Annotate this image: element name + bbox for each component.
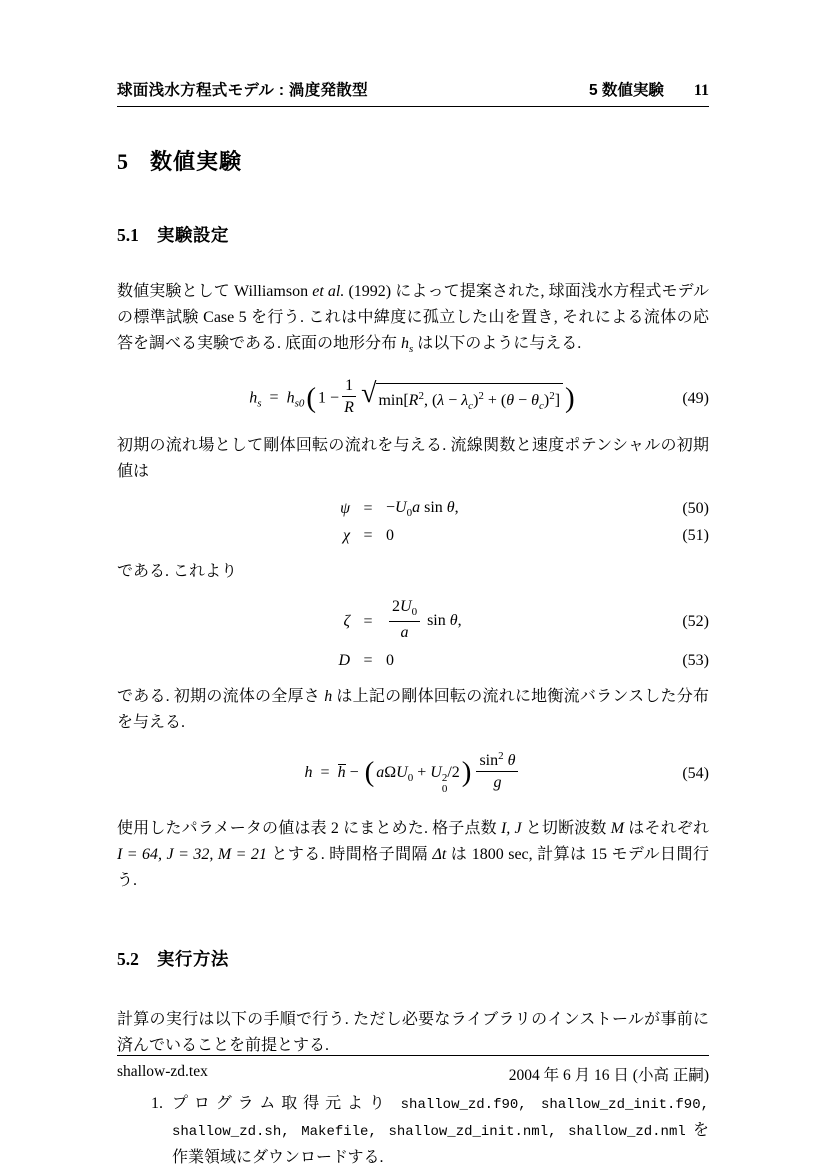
paragraph-from-this: である. これより bbox=[117, 559, 709, 585]
math-rel: = bbox=[350, 613, 386, 631]
math-fn: sin bbox=[423, 612, 450, 629]
equation-number: (51) bbox=[682, 527, 709, 545]
equation-number: (54) bbox=[682, 765, 709, 783]
math-var: a bbox=[412, 499, 420, 516]
fraction-denominator: R bbox=[344, 397, 354, 417]
subsection-heading-5-1: 5.1 実験設定 bbox=[117, 222, 709, 247]
math-fn: min[ bbox=[378, 392, 408, 409]
fraction: sin2 θg bbox=[476, 750, 518, 792]
section-title: 数値実験 bbox=[150, 145, 242, 176]
math-sub: 0 bbox=[412, 606, 418, 618]
text-run: は以下のように与える. bbox=[413, 335, 581, 352]
math-expr: I = 64, J = 32, M = 21 bbox=[117, 846, 267, 863]
math-fn: sin bbox=[479, 752, 498, 769]
overline: h bbox=[338, 764, 346, 782]
square-root: √min[R2, (λ − λc)2 + (θ − θc)2] bbox=[361, 383, 563, 416]
math-var: h bbox=[287, 389, 295, 406]
math-punct: , bbox=[458, 612, 462, 629]
math-var: h bbox=[305, 764, 313, 781]
big-paren-open: ( bbox=[363, 756, 377, 788]
math-sub: s0 bbox=[295, 397, 305, 409]
equation-number: (52) bbox=[682, 613, 709, 631]
text-run: とする. 時間格子間隔 bbox=[267, 846, 433, 863]
math-term: , ( bbox=[424, 392, 437, 409]
math-rel: = bbox=[350, 527, 386, 545]
paragraph-experiment-setup: 数値実験として Williamson et al. (1992) によって提案さ… bbox=[117, 279, 709, 362]
math-var: U bbox=[430, 764, 442, 781]
subsection-heading-5-2: 5.2 実行方法 bbox=[117, 946, 709, 971]
math-term: /2 bbox=[447, 764, 459, 781]
header-right: 5 数値実験11 bbox=[589, 78, 709, 100]
math-var: Ω bbox=[384, 764, 396, 781]
math-op: − bbox=[386, 499, 395, 516]
list-item-number: 1. bbox=[117, 1091, 163, 1169]
paragraph-initial-flow: 初期の流れ場として剛体回転の流れを与える. 流線関数と速度ポテンシャルの初期値は bbox=[117, 433, 709, 485]
math-rel: = bbox=[350, 500, 386, 518]
sqrt-body: min[R2, (λ − λc)2 + (θ − θc)2] bbox=[376, 383, 563, 416]
math-term: 1 − bbox=[318, 389, 339, 406]
running-header: 球面浅水方程式モデル : 渦度発散型 5 数値実験11 bbox=[117, 78, 709, 100]
math-op: − bbox=[444, 392, 461, 409]
math-var: U bbox=[396, 764, 408, 781]
sqrt-radical-icon: √ bbox=[361, 383, 376, 405]
fraction-denominator: a bbox=[401, 622, 409, 642]
subsection-number: 5.1 bbox=[117, 225, 139, 246]
fraction-numerator: 1 bbox=[342, 376, 356, 397]
math-var: ζ bbox=[245, 613, 350, 631]
equation-number: (53) bbox=[682, 652, 709, 670]
equation-51-rhs: 0 bbox=[386, 527, 581, 545]
list-item-body: プログラム取得元より shallow_zd.f90, shallow_zd_in… bbox=[172, 1091, 709, 1169]
section-number: 5 bbox=[117, 149, 128, 175]
math-sub: 0 bbox=[442, 784, 448, 796]
equation-53: D = 0 (53) bbox=[117, 652, 709, 670]
equation-50: ψ = −U0a sin θ, (50) bbox=[117, 499, 709, 519]
text-run: 数値実験として Williamson bbox=[117, 283, 312, 300]
section-heading-5: 5 数値実験 bbox=[117, 145, 709, 176]
big-paren-close: ) bbox=[460, 756, 474, 788]
equation-50-rhs: −U0a sin θ, bbox=[386, 499, 581, 519]
fraction-numerator: 2U0 bbox=[389, 597, 420, 621]
text-run: はそれぞれ bbox=[624, 820, 709, 837]
equation-number: (50) bbox=[682, 500, 709, 518]
paragraph-total-depth: である. 初期の流体の全厚さ h は上記の剛体回転の流れに地衡流バランスした分布… bbox=[117, 684, 709, 736]
equation-49-body: hs=hs0(1 −1R√min[R2, (λ − λc)2 + (θ − θc… bbox=[249, 378, 576, 419]
text-run: と切断波数 bbox=[522, 820, 611, 837]
subsection-title: 実行方法 bbox=[157, 946, 229, 971]
fraction-denominator: g bbox=[493, 772, 501, 792]
list-item-1: 1. プログラム取得元より shallow_zd.f90, shallow_zd… bbox=[117, 1091, 709, 1169]
text-run-italic: et al. bbox=[312, 283, 344, 300]
math-var: D bbox=[245, 652, 350, 670]
header-page-number: 11 bbox=[694, 82, 709, 100]
subsection-number: 5.2 bbox=[117, 949, 139, 970]
equation-54-body: h=h − (aΩU0 + U20/2)sin2 θg bbox=[305, 752, 522, 796]
math-sub: s bbox=[257, 397, 261, 409]
text-run: プログラム取得元より bbox=[172, 1095, 401, 1112]
text-run: 使用したパラメータの値は表 2 にまとめた. 格子点数 bbox=[117, 820, 501, 837]
math-var: R bbox=[409, 392, 419, 409]
footer-filename: shallow-zd.tex bbox=[117, 1063, 208, 1085]
paragraph-parameters: 使用したパラメータの値は表 2 にまとめた. 格子点数 I, J と切断波数 M… bbox=[117, 816, 709, 894]
math-op: − bbox=[514, 392, 531, 409]
math-punct: , bbox=[455, 499, 459, 516]
math-var: θ bbox=[504, 752, 516, 769]
math-var: χ bbox=[245, 527, 350, 545]
equation-51: χ = 0 (51) bbox=[117, 527, 709, 545]
equation-52: ζ = 2U0a sin θ, (52) bbox=[117, 599, 709, 643]
math-var: h bbox=[401, 335, 409, 352]
math-rel: = bbox=[262, 389, 287, 406]
math-fn: sin bbox=[420, 499, 447, 516]
math-rel: = bbox=[350, 652, 386, 670]
header-rule bbox=[117, 106, 709, 107]
big-paren-close: ) bbox=[563, 382, 577, 414]
fraction: 1R bbox=[342, 376, 356, 417]
header-title: 球面浅水方程式モデル : 渦度発散型 bbox=[117, 78, 368, 100]
page-footer: shallow-zd.tex 2004 年 6 月 16 日 (小高 正嗣) bbox=[117, 1055, 709, 1085]
math-term: 2 bbox=[392, 598, 400, 615]
document-page: 球面浅水方程式モデル : 渦度発散型 5 数値実験11 5 数値実験 5.1 実… bbox=[0, 0, 826, 1169]
math-var: ψ bbox=[245, 500, 350, 518]
math-var: θ bbox=[531, 392, 539, 409]
math-var: h bbox=[338, 764, 346, 781]
math-op: + ( bbox=[484, 392, 506, 409]
math-var: θ bbox=[450, 612, 458, 629]
equation-54: h=h − (aΩU0 + U20/2)sin2 θg (54) bbox=[117, 752, 709, 796]
equation-49: hs=hs0(1 −1R√min[R2, (λ − λc)2 + (θ − θc… bbox=[117, 378, 709, 419]
paragraph-execution: 計算の実行は以下の手順で行う. ただし必要なライブラリのインストールが事前に済ん… bbox=[117, 1007, 709, 1059]
equation-53-rhs: 0 bbox=[386, 652, 581, 670]
math-var: θ bbox=[506, 392, 514, 409]
footer-date-author: 2004 年 6 月 16 日 (小高 正嗣) bbox=[509, 1063, 709, 1085]
math-var: U bbox=[400, 598, 412, 615]
math-var: h bbox=[324, 688, 332, 705]
equation-number: (49) bbox=[682, 390, 709, 408]
equation-group-52-53: ζ = 2U0a sin θ, (52) D = 0 (53) bbox=[117, 599, 709, 669]
header-section-label: 5 数値実験 bbox=[589, 78, 664, 100]
math-var: M bbox=[611, 820, 624, 837]
equation-52-rhs: 2U0a sin θ, bbox=[386, 599, 581, 643]
math-rel: = bbox=[313, 764, 338, 781]
math-op: − bbox=[346, 764, 363, 781]
subsection-title: 実験設定 bbox=[157, 222, 229, 247]
big-paren-open: ( bbox=[304, 382, 318, 414]
math-var: θ bbox=[447, 499, 455, 516]
math-var: U bbox=[395, 499, 407, 516]
text-run: である. 初期の流体の全厚さ bbox=[117, 688, 324, 705]
fraction: 2U0a bbox=[389, 597, 420, 641]
math-term: ] bbox=[555, 392, 560, 409]
fraction-numerator: sin2 θ bbox=[476, 750, 518, 772]
math-op: + bbox=[413, 764, 430, 781]
equation-group-50-51: ψ = −U0a sin θ, (50) χ = 0 (51) bbox=[117, 499, 709, 545]
math-var: Δt bbox=[433, 846, 447, 863]
math-var: I, J bbox=[501, 820, 522, 837]
